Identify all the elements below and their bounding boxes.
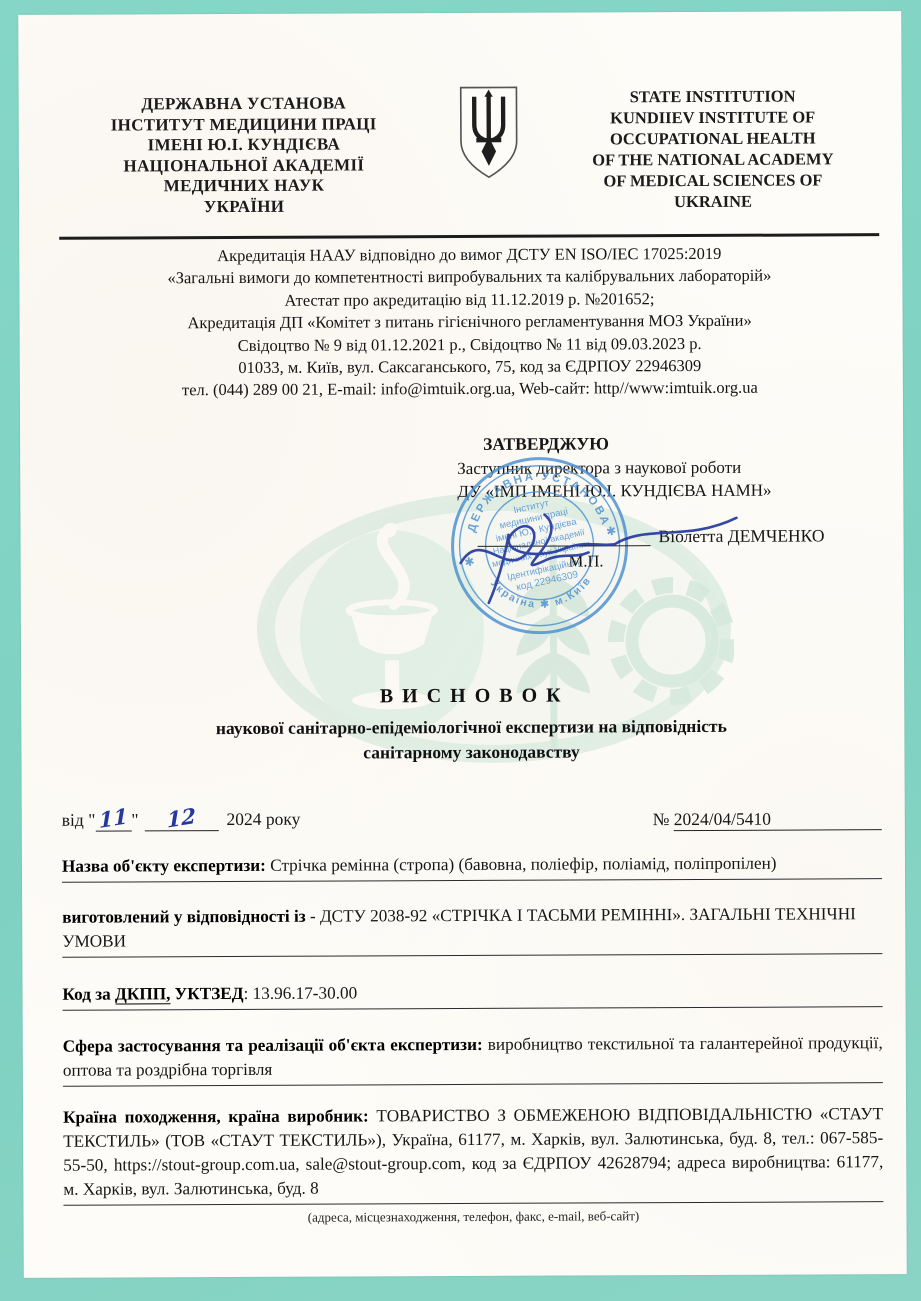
header-divider-rule: [59, 233, 879, 240]
handwritten-month-slot: 12: [144, 809, 218, 831]
document-subtitle-line1: наукової санітарно-епідеміологічної експ…: [61, 713, 881, 742]
org-line: KUNDIIEV INSTITUTE OF: [549, 106, 877, 128]
number-label: №: [653, 809, 674, 829]
accreditation-block: Акредитація НААУ відповідно до вимог ДСТ…: [49, 242, 890, 403]
field-label: УКТЗЕД: [170, 984, 243, 1003]
org-line: ДЕРЖАВНА УСТАНОВА: [59, 93, 429, 115]
ukraine-trident-icon: [456, 83, 522, 183]
org-line: OF MEDICAL SCIENCES OF: [549, 169, 877, 191]
org-line: НАЦІОНАЛЬНОЇ АКАДЕМІЇ: [59, 155, 429, 177]
accreditation-line: «Загальні вимоги до компетентності випро…: [49, 265, 889, 291]
emblem-container: [429, 83, 549, 184]
document-page: ДЕРЖАВНА УСТАНОВА ІНСТИТУТ МЕДИЦИНИ ПРАЦ…: [18, 11, 907, 1278]
org-line: МЕДИЧНИХ НАУК: [59, 175, 429, 197]
org-line: ІНСТИТУТ МЕДИЦИНИ ПРАЦІ: [59, 114, 429, 136]
field-scope: Сфера застосування та реалізації об'єкта…: [63, 1031, 883, 1087]
org-line: STATE INSTITUTION: [549, 85, 877, 107]
field-standard: виготовлений у відповідності із - ДСТУ 2…: [62, 902, 882, 958]
field-label: Код за: [62, 985, 115, 1004]
date-quote: ": [131, 809, 138, 829]
org-line: ІМЕНІ Ю.І. КУНДІЄВА: [59, 134, 429, 156]
document-title-block: В И С Н О В О К наукової санітарно-епіде…: [61, 683, 881, 767]
document-number: № 2024/04/5410: [653, 808, 882, 831]
org-line: OF THE NATIONAL ACADEMY: [549, 148, 877, 170]
org-line: OCCUPATIONAL HEALTH: [549, 127, 877, 149]
number-value: 2024/04/5410: [674, 808, 882, 831]
field-code: Код за ДКПП, УКТЗЕД: 13.96.17-30.00: [62, 979, 882, 1011]
handwritten-month: 12: [167, 809, 196, 828]
field-origin-wrap: Країна походження, країна виробник: ТОВА…: [63, 1102, 884, 1231]
handwritten-day-slot: 11: [95, 809, 131, 831]
field-value: : 13.96.17-30.00: [244, 983, 358, 1002]
expertise-fields: Назва об'єкту експертизи: Стрічка ремінн…: [62, 851, 884, 1231]
org-line: УКРАЇНИ: [59, 196, 429, 218]
document-subtitle-line2: санітарному законодавству: [61, 738, 881, 767]
date-year: 2024 року: [226, 809, 300, 829]
field-label: Сфера застосування та реалізації об'єкта…: [63, 1035, 483, 1056]
handwritten-signature: [448, 500, 748, 611]
document-title: В И С Н О В О К: [61, 683, 881, 710]
scanned-document-background: ДЕРЖАВНА УСТАНОВА ІНСТИТУТ МЕДИЦИНИ ПРАЦ…: [0, 0, 921, 1301]
institution-name-ukrainian: ДЕРЖАВНА УСТАНОВА ІНСТИТУТ МЕДИЦИНИ ПРАЦ…: [59, 83, 430, 218]
field-origin-caption: (адреса, місцезнаходження, телефон, факс…: [63, 1202, 883, 1231]
field-label-underlined: ДКПП,: [115, 984, 170, 1004]
handwritten-day: 11: [99, 809, 128, 828]
letterhead: ДЕРЖАВНА УСТАНОВА ІНСТИТУТ МЕДИЦИНИ ПРАЦ…: [59, 81, 878, 218]
field-label: виготовлений у відповідності із: [62, 907, 306, 927]
field-value: Стрічка ремінна (стропа) (бавовна, поліе…: [270, 854, 776, 875]
institution-name-english: STATE INSTITUTION KUNDIIEV INSTITUTE OF …: [549, 81, 878, 212]
org-line: UKRAINE: [549, 190, 877, 212]
field-label: Назва об'єкту експертизи:: [62, 856, 266, 876]
field-label: Країна походження, країна виробник:: [63, 1106, 369, 1126]
date-prefix: від ": [62, 810, 96, 830]
field-object-name: Назва об'єкту експертизи: Стрічка ремінн…: [62, 851, 882, 883]
field-origin: Країна походження, країна виробник: ТОВА…: [63, 1102, 883, 1206]
date-and-number-row: від "11"122024 року № 2024/04/5410: [62, 806, 882, 832]
accreditation-line: тел. (044) 289 00 21, E-mail: info@imtui…: [50, 377, 890, 403]
